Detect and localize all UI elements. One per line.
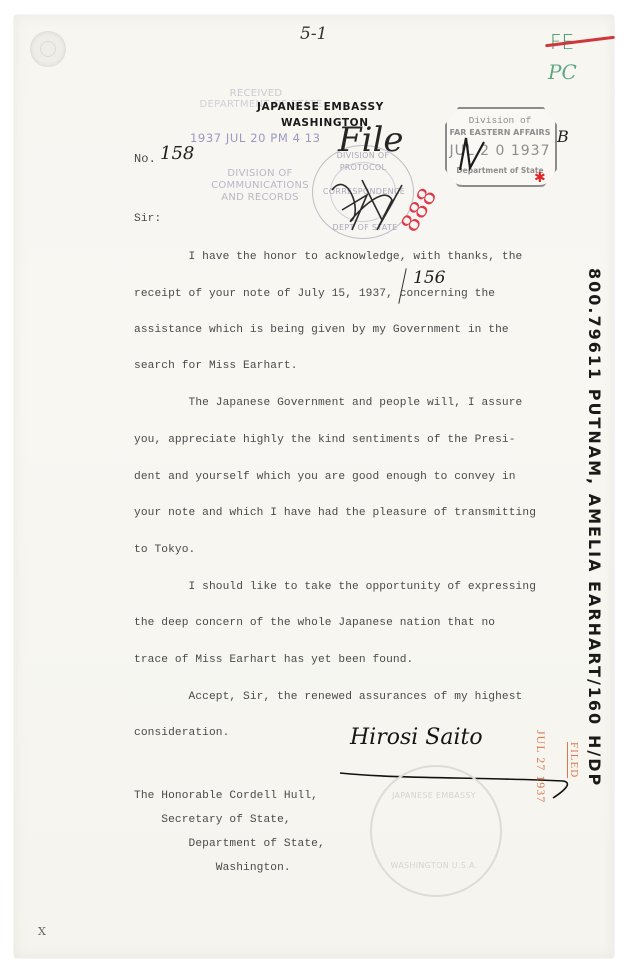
addressee-line-1: The Honorable Cordell Hull,: [134, 790, 318, 802]
hdp-label: H/DP: [585, 735, 604, 787]
closing-line-2: consideration.: [134, 727, 229, 739]
paragraph-1-line-3: assistance which is being given by my Go…: [134, 324, 509, 336]
paragraph-2-line-2: you, appreciate highly the kind sentimen…: [134, 434, 516, 446]
filed-stamp-date: JUL 27 1937: [533, 730, 548, 803]
paragraph-1-line-4: search for Miss Earhart.: [134, 360, 298, 372]
paragraph-2-line-1: The Japanese Government and people will,…: [134, 397, 522, 409]
addressee-line-4: Washington.: [134, 862, 291, 874]
number-value: 158: [160, 143, 194, 164]
routing-mark-pc: PC: [548, 60, 577, 84]
handwritten-file-note: File: [338, 120, 403, 160]
received-date-stamp: 1937 JUL 20 PM 4 13: [190, 132, 321, 144]
paragraph-1-line-1: I have the honor to acknowledge, with th…: [134, 251, 522, 263]
addressee-line-3: Department of State,: [134, 838, 325, 850]
paragraph-1-line-2: receipt of your note of July 15, 1937, c…: [134, 288, 495, 300]
addressee-line-2: Secretary of State,: [134, 814, 291, 826]
paragraph-3-line-3: trace of Miss Earhart has yet been found…: [134, 654, 413, 666]
division-stamp-line2: COMMUNICATIONS: [205, 180, 315, 192]
letterhead-embassy: JAPANESE EMBASSY: [257, 101, 384, 113]
scribble-signature-icon: [322, 160, 412, 240]
initial-scribble-icon: [452, 130, 492, 175]
page-annotation: 5-1: [300, 24, 327, 44]
division-stamp-line3: AND RECORDS: [210, 192, 310, 204]
file-classification-label: 800.79611 PUTNAM, AMELIA EARHART/160: [585, 268, 604, 726]
salutation: Sir:: [134, 213, 161, 225]
embassy-seal-bottom-text: WASHINGTON U.S.A.: [380, 860, 488, 872]
paragraph-2-line-4: your note and which I have had the pleas…: [134, 507, 536, 519]
reference-annotation: 156: [413, 268, 445, 288]
number-label: No.: [134, 152, 156, 166]
embassy-seal: [370, 765, 502, 897]
paragraph-3-line-2: the deep concern of the whole Japanese n…: [134, 617, 495, 629]
signature: Hirosi Saito: [350, 725, 483, 750]
paragraph-2-line-5: to Tokyo.: [134, 544, 195, 556]
paragraph-3-line-1: I should like to take the opportunity of…: [134, 581, 536, 593]
filed-stamp-label: FILED: [568, 742, 580, 778]
closing-line-1: Accept, Sir, the renewed assurances of m…: [134, 691, 522, 703]
far-eastern-stamp-line1: Division of: [448, 116, 552, 126]
red-star-icon: ✱: [534, 170, 546, 186]
corner-mark: X: [38, 925, 46, 938]
division-stamp-line1: DIVISION OF: [210, 168, 310, 180]
punch-hole: [30, 31, 66, 67]
embassy-seal-top-text: JAPANESE EMBASSY: [380, 790, 488, 802]
initial-b: B: [557, 127, 569, 146]
paragraph-2-line-3: dent and yourself which you are good eno…: [134, 471, 516, 483]
